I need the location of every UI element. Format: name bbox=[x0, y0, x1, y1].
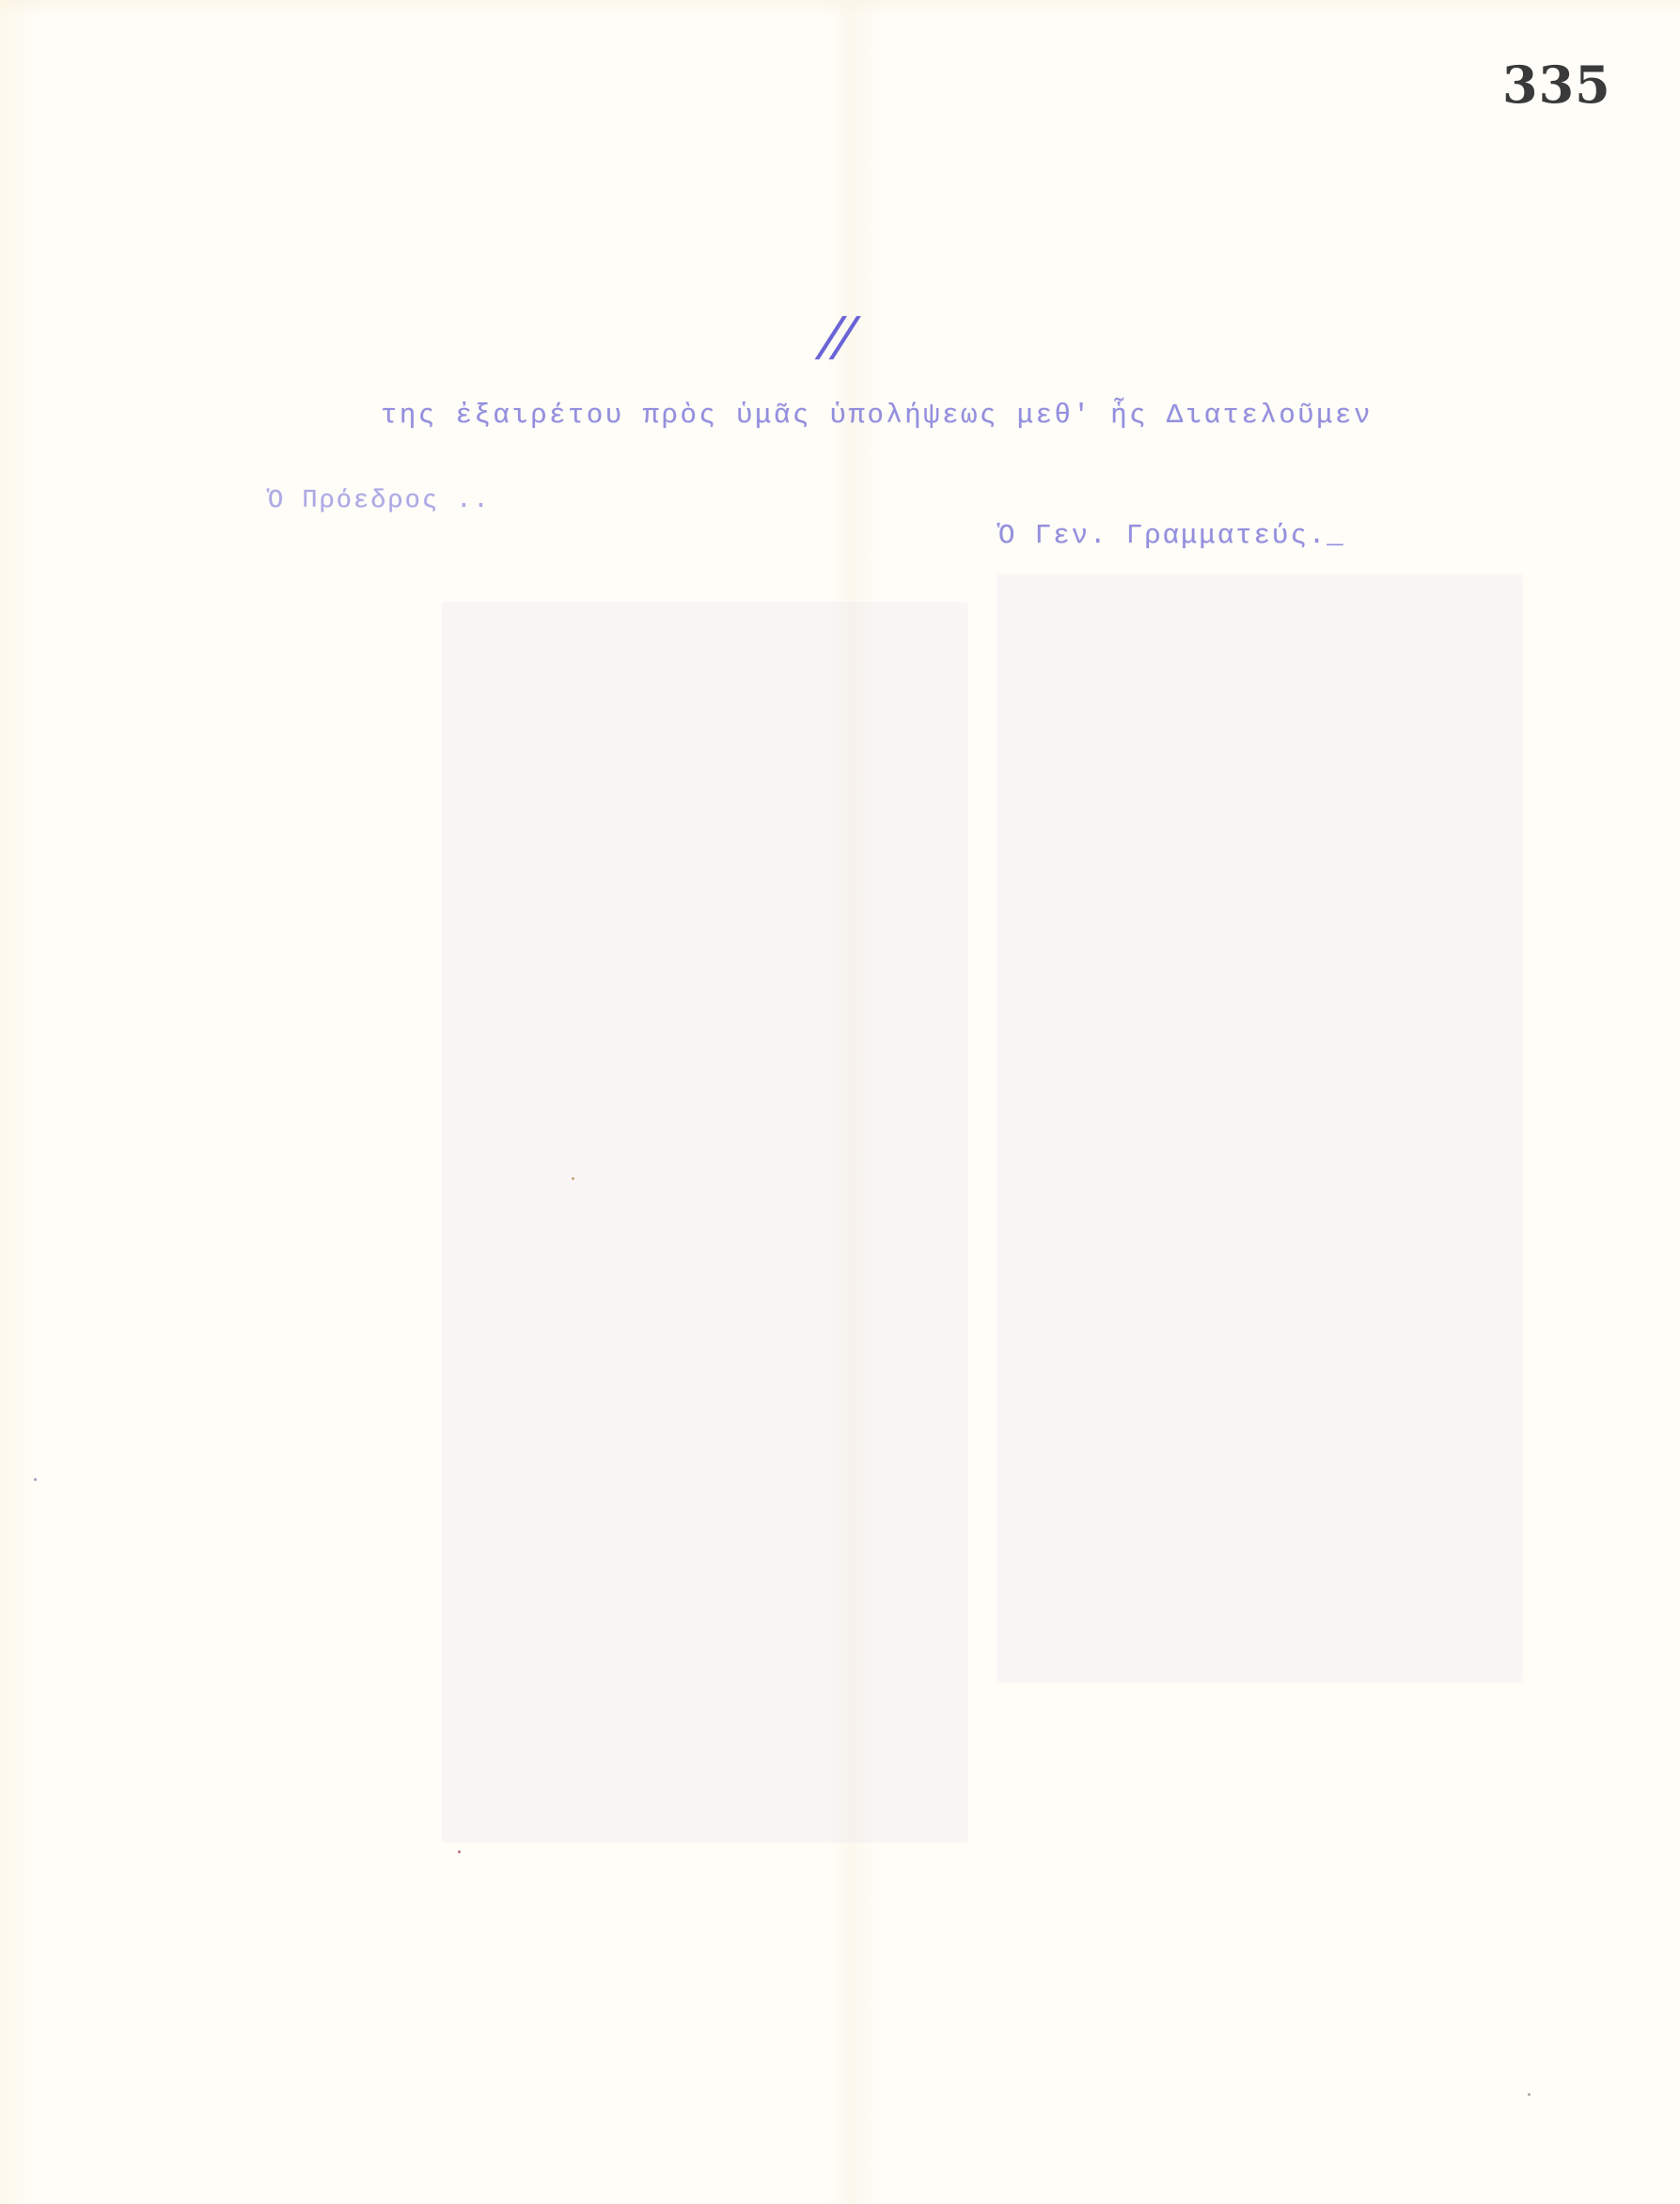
page-number: 335 bbox=[1502, 55, 1611, 115]
paper-speck bbox=[572, 1177, 574, 1180]
bleed-through-right-column bbox=[997, 574, 1523, 1683]
paper-speck bbox=[34, 1478, 37, 1481]
signature-president: Ὁ Πρόεδρος .. bbox=[268, 487, 491, 515]
bleed-through-left-column bbox=[442, 602, 968, 1843]
signature-general-secretary: Ὁ Γεν. Γραμματεύς._ bbox=[998, 520, 1345, 551]
closing-line: της ἐξαιρέτου πρὸς ὑμᾶς ὑπολήψεως μεθ' ἧ… bbox=[381, 400, 1373, 431]
paper-speck bbox=[458, 1850, 461, 1853]
continuation-mark: // bbox=[817, 307, 854, 368]
document-page: 335 // της ἐξαιρέτου πρὸς ὑμᾶς ὑπολήψεως… bbox=[0, 0, 1680, 2204]
paper-speck bbox=[1528, 2093, 1531, 2096]
